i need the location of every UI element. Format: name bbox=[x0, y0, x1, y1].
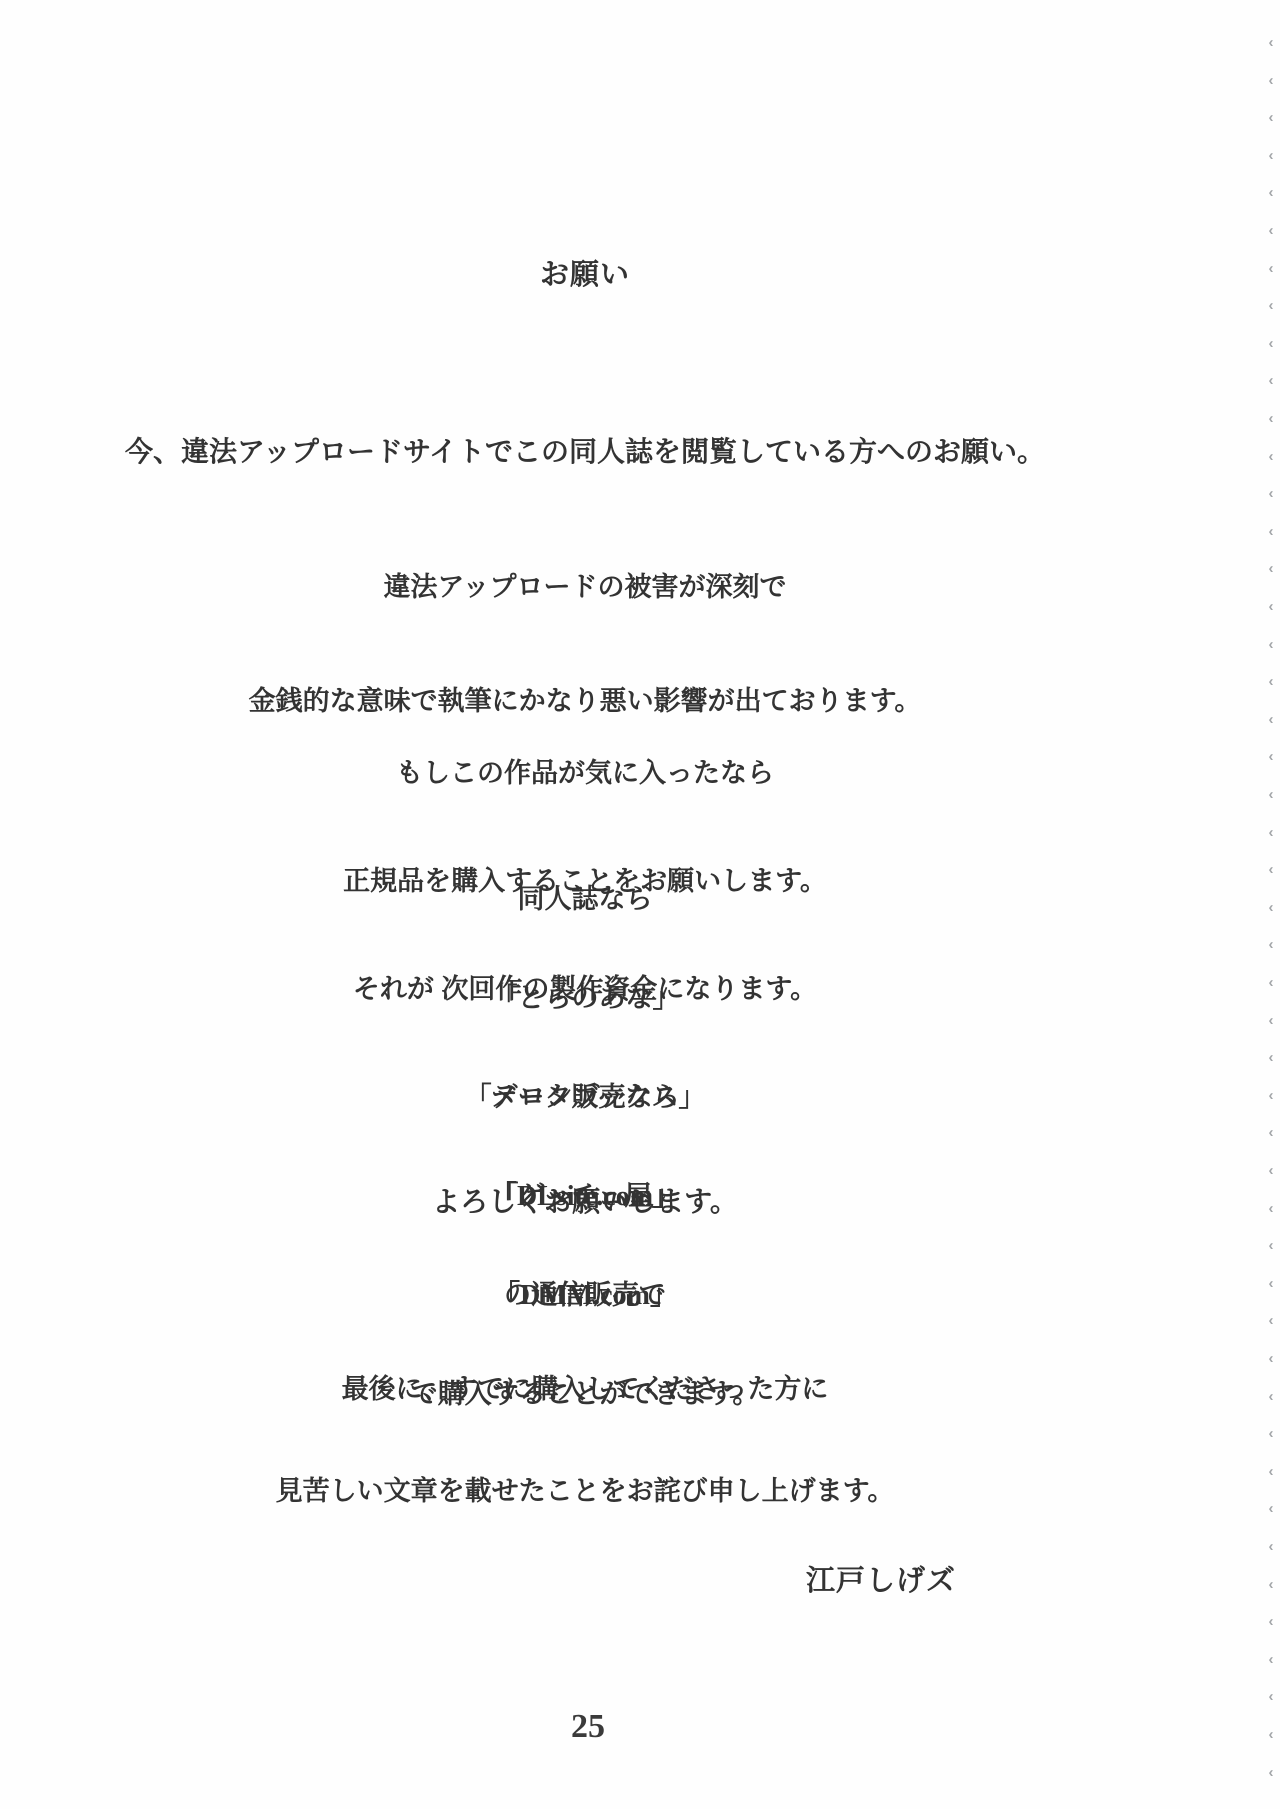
page-edge-mark: ‹ bbox=[1264, 826, 1278, 840]
page-edge-mark: ‹ bbox=[1264, 1089, 1278, 1103]
page-edge-mark: ‹ bbox=[1264, 1465, 1278, 1479]
page-edge-mark: ‹ bbox=[1264, 562, 1278, 576]
page-edge-mark: ‹ bbox=[1264, 374, 1278, 388]
page-edge-mark: ‹ bbox=[1264, 976, 1278, 990]
page-edge-mark: ‹ bbox=[1264, 1390, 1278, 1404]
closing-line: よろしくお願いします。 bbox=[0, 1180, 1170, 1220]
page-edge-mark: ‹ bbox=[1264, 525, 1278, 539]
page-edge-mark: ‹ bbox=[1264, 450, 1278, 464]
page-number: 25 bbox=[0, 1708, 1176, 1746]
page-edge-mark: ‹ bbox=[1264, 1164, 1278, 1178]
page-edge-mark: ‹ bbox=[1264, 1540, 1278, 1554]
apology-paragraph: 最後に、すでに購入してくださった方に 見苦しい文章を載せたことをお詫び申し上げま… bbox=[0, 1304, 1170, 1576]
page-edge-mark: ‹ bbox=[1264, 1239, 1278, 1253]
page-title: お願い bbox=[0, 252, 1170, 293]
page-edge-mark: ‹ bbox=[1264, 1126, 1278, 1140]
page-edge-mark: ‹ bbox=[1264, 788, 1278, 802]
page-edge-mark: ‹ bbox=[1264, 901, 1278, 915]
page-edge-mark: ‹ bbox=[1264, 1202, 1278, 1216]
page-edge-mark: ‹ bbox=[1264, 1014, 1278, 1028]
page-edge-mark: ‹ bbox=[1264, 863, 1278, 877]
page-edge-mark: ‹ bbox=[1264, 1615, 1278, 1629]
page-edge-mark: ‹ bbox=[1264, 186, 1278, 200]
scanned-document-page: お願い 今、違法アップロードサイトでこの同人誌を閲覧している方へのお願い。 違法… bbox=[0, 0, 1280, 1809]
page-edge-mark: ‹ bbox=[1264, 299, 1278, 313]
page-edge-mark: ‹ bbox=[1264, 1653, 1278, 1667]
page-edge-mark: ‹ bbox=[1264, 638, 1278, 652]
page-edge-mark: ‹ bbox=[1264, 74, 1278, 88]
page-edge-mark: ‹ bbox=[1264, 1578, 1278, 1592]
page-edge-mark: ‹ bbox=[1264, 111, 1278, 125]
page-edge-mark: ‹ bbox=[1264, 412, 1278, 426]
doujin-shops-heading: 同人誌なら bbox=[0, 883, 1170, 916]
page-edge-mark: ‹ bbox=[1264, 262, 1278, 276]
intro-paragraph: 今、違法アップロードサイトでこの同人誌を閲覧している方へのお願い。 bbox=[0, 430, 1170, 470]
page-edge-mark: ‹ bbox=[1264, 1766, 1278, 1780]
page-edge-mark: ‹ bbox=[1264, 1427, 1278, 1441]
page-edge-mark: ‹ bbox=[1264, 337, 1278, 351]
page-edge-mark: ‹ bbox=[1264, 600, 1278, 614]
page-edge-mark: ‹ bbox=[1264, 36, 1278, 50]
page-edge-mark: ‹ bbox=[1264, 1502, 1278, 1516]
page-edge-mark: ‹ bbox=[1264, 1352, 1278, 1366]
page-edge-mark: ‹ bbox=[1264, 1314, 1278, 1328]
page-edge-mark: ‹ bbox=[1264, 149, 1278, 163]
page-edge-mark: ‹ bbox=[1264, 224, 1278, 238]
page-edge-mark: ‹ bbox=[1264, 713, 1278, 727]
apology-line-1: 最後に、すでに購入してくださった方に bbox=[0, 1372, 1170, 1406]
page-edge-mark: ‹ bbox=[1264, 1728, 1278, 1742]
scan-edge-artifacts: ‹‹‹‹‹‹‹‹‹‹‹‹‹‹‹‹‹‹‹‹‹‹‹‹‹‹‹‹‹‹‹‹‹‹‹‹‹‹‹‹… bbox=[1262, 0, 1280, 1809]
page-edge-mark: ‹ bbox=[1264, 1277, 1278, 1291]
digital-shops-heading: データ販売なら bbox=[0, 1081, 1170, 1114]
author-signature: 江戸しげズ bbox=[806, 1558, 956, 1599]
page-edge-mark: ‹ bbox=[1264, 938, 1278, 952]
page-edge-mark: ‹ bbox=[1264, 1690, 1278, 1704]
shop-toranoana: 「とらのあな」 bbox=[0, 982, 1170, 1015]
request-line-1: もしこの作品が気に入ったなら bbox=[0, 755, 1170, 791]
damage-line-1: 違法アップロードの被害が深刻で bbox=[0, 568, 1170, 606]
page-edge-mark: ‹ bbox=[1264, 675, 1278, 689]
apology-line-2: 見苦しい文章を載せたことをお詫び申し上げます。 bbox=[0, 1474, 1170, 1508]
page-edge-mark: ‹ bbox=[1264, 1051, 1278, 1065]
page-edge-mark: ‹ bbox=[1264, 487, 1278, 501]
page-edge-mark: ‹ bbox=[1264, 750, 1278, 764]
